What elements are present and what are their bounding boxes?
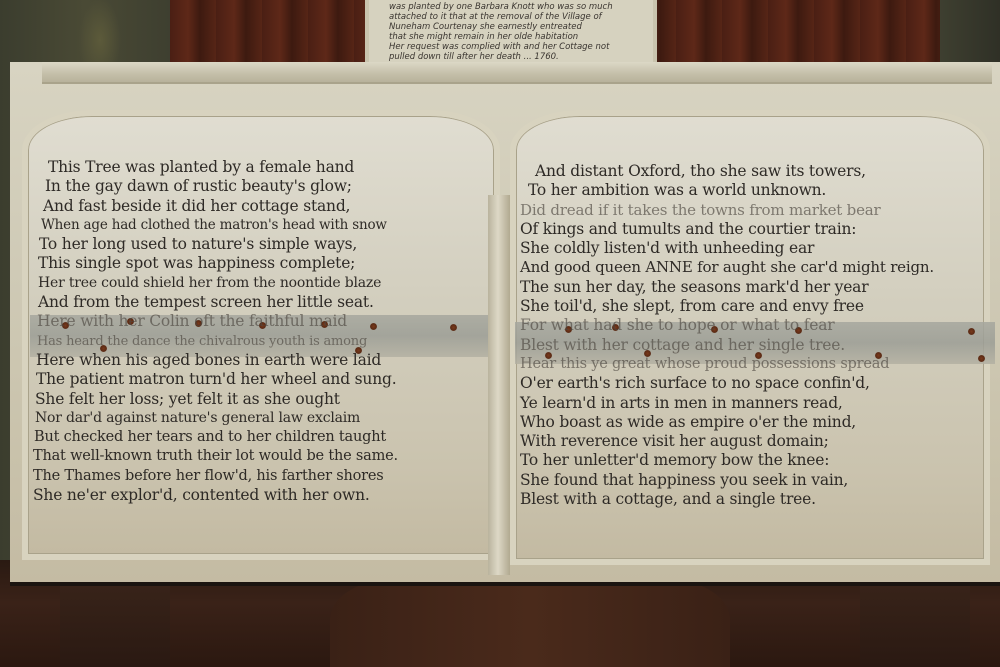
- nail-head: [978, 355, 985, 362]
- verse-line: She toil'd, she slept, from care and env…: [520, 297, 934, 316]
- plaque-line: Nuneham Courtenay she earnestly entreate…: [389, 22, 633, 32]
- plaque-line: that she might remain in her olde habita…: [389, 32, 633, 42]
- verse-line: Who boast as wide as empire o'er the min…: [520, 413, 934, 432]
- verse-line: When age had clothed the matron's head w…: [33, 216, 398, 235]
- verse-line: To her ambition was a world unknown.: [520, 181, 934, 200]
- top-inscription-plaque: was planted by one Barbara Knott who was…: [365, 0, 657, 70]
- nail-head: [968, 328, 975, 335]
- verse-line: She ne'er explor'd, contented with her o…: [33, 486, 398, 505]
- verse-line: That well-known truth their lot would be…: [33, 447, 398, 466]
- board-cornice: [42, 62, 992, 84]
- verse-line: To her unletter'd memory bow the knee:: [520, 451, 934, 470]
- left-verse: This Tree was planted by a female hand I…: [33, 158, 398, 505]
- verse-line: She coldly listen'd with unheeding ear: [520, 239, 934, 258]
- verse-line: Nor dar'd against nature's general law e…: [33, 409, 398, 428]
- verse-line: The Thames before her flow'd, his farthe…: [33, 467, 398, 486]
- verse-line: Here with her Colin oft the faithful mai…: [33, 312, 398, 331]
- verse-line: The sun her day, the seasons mark'd her …: [520, 278, 934, 297]
- plaque-line: attached to it that at the removal of th…: [389, 12, 633, 22]
- nail-head: [450, 324, 457, 331]
- verse-line: Blest with her cottage and her single tr…: [520, 336, 934, 355]
- verse-line: The patient matron turn'd her wheel and …: [33, 370, 398, 389]
- verse-line: This Tree was planted by a female hand: [33, 158, 398, 177]
- verse-line: Hear this ye great whose proud possessio…: [520, 355, 934, 374]
- verse-line: O'er earth's rich surface to no space co…: [520, 374, 934, 393]
- verse-line: Blest with a cottage, and a single tree.: [520, 490, 934, 509]
- right-verse: And distant Oxford, tho she saw its towe…: [520, 162, 934, 509]
- verse-line: But checked her tears and to her childre…: [33, 428, 398, 447]
- verse-line: Her tree could shield her from the noont…: [33, 274, 398, 293]
- plaque-line: pulled down till after her death ... 176…: [389, 52, 633, 62]
- verse-line: Of kings and tumults and the courtier tr…: [520, 220, 934, 239]
- plaque-line: was planted by one Barbara Knott who was…: [389, 2, 633, 12]
- verse-line: She felt her loss; yet felt it as she ou…: [33, 390, 398, 409]
- center-column-divider: [488, 195, 510, 575]
- verse-line: She found that happiness you seek in vai…: [520, 471, 934, 490]
- verse-line: And from the tempest screen her little s…: [33, 293, 398, 312]
- verse-line: And good queen ANNE for aught she car'd …: [520, 258, 934, 277]
- cabinet-arch: [330, 580, 730, 667]
- verse-line: Ye learn'd in arts in men in manners rea…: [520, 394, 934, 413]
- verse-line: And distant Oxford, tho she saw its towe…: [520, 162, 934, 181]
- verse-line: Here when his aged bones in earth were l…: [33, 351, 398, 370]
- verse-line: This single spot was happiness complete;: [33, 254, 398, 273]
- verse-line: Has heard the dance the chivalrous youth…: [33, 332, 398, 351]
- verse-line: In the gay dawn of rustic beauty's glow;: [33, 177, 398, 196]
- verse-line: And fast beside it did her cottage stand…: [33, 197, 398, 216]
- verse-line: For what had she to hope or what to fear: [520, 316, 934, 335]
- verse-line: Did dread if it takes the towns from mar…: [520, 201, 934, 220]
- plaque-line: Her request was complied with and her Co…: [389, 42, 633, 52]
- verse-line: With reverence visit her august domain;: [520, 432, 934, 451]
- verse-line: To her long used to nature's simple ways…: [33, 235, 398, 254]
